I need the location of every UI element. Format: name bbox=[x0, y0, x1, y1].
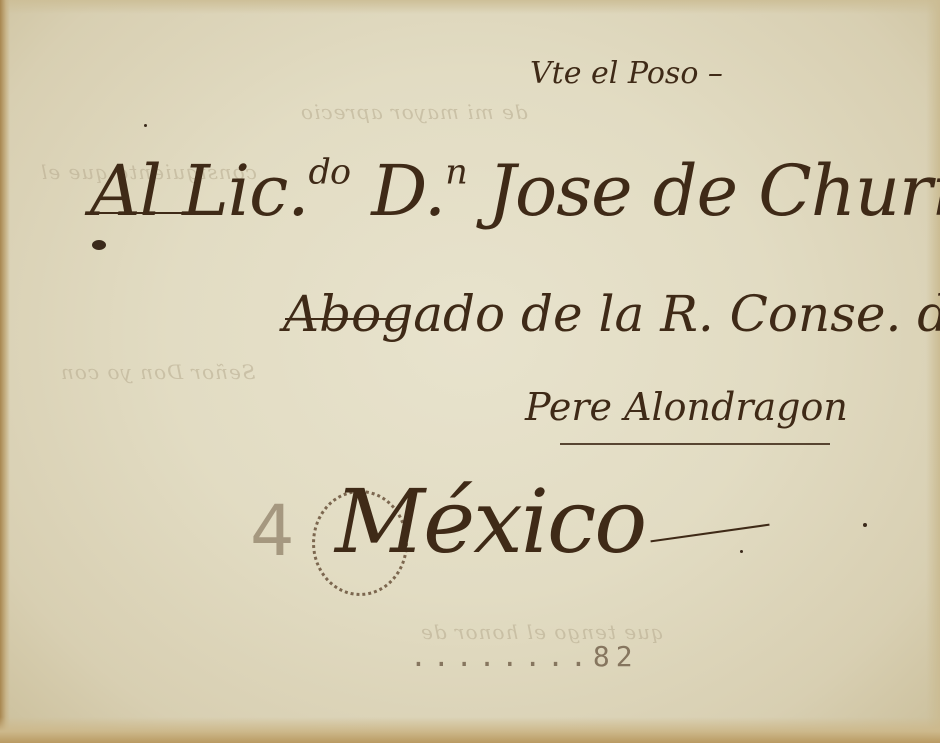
honorific-superscript: n bbox=[445, 153, 467, 193]
ink-blot bbox=[92, 240, 106, 250]
title-superscript: do bbox=[309, 153, 350, 193]
ink-flourish bbox=[285, 318, 405, 320]
honorific: D. bbox=[371, 150, 445, 232]
address-line-1: Al Lic.do D.n Jose de Churruca bbox=[90, 150, 940, 232]
ink-flourish bbox=[92, 212, 222, 214]
address-city: México bbox=[335, 470, 645, 573]
address-line-2: Abogado de la R. Conse. de bbox=[283, 285, 940, 343]
bleed-through-text: Señor Don yo con bbox=[60, 360, 256, 384]
ink-speck bbox=[740, 550, 743, 553]
salutation: Al bbox=[90, 150, 161, 232]
paper-edge-left bbox=[0, 0, 10, 743]
paper-edge-right bbox=[926, 0, 940, 743]
title-abbrev: Lic. bbox=[182, 150, 308, 232]
ink-speck bbox=[863, 523, 867, 527]
ink-flourish bbox=[560, 443, 830, 445]
address-line-3: Pere Alondragon bbox=[525, 385, 848, 429]
ink-speck bbox=[144, 124, 147, 127]
paper-edge-bottom bbox=[0, 717, 940, 743]
top-note: Vte el Poso – bbox=[530, 56, 723, 91]
paper-edge-top bbox=[0, 0, 940, 14]
recipient-name: Jose de Churruca bbox=[488, 150, 940, 232]
stamp-dotted-mark: ........82 bbox=[410, 640, 639, 673]
bleed-through-text: de mi mayor aprecio bbox=[300, 100, 528, 124]
letter-paper: consiguiente que el de mi mayor aprecio … bbox=[0, 0, 940, 743]
